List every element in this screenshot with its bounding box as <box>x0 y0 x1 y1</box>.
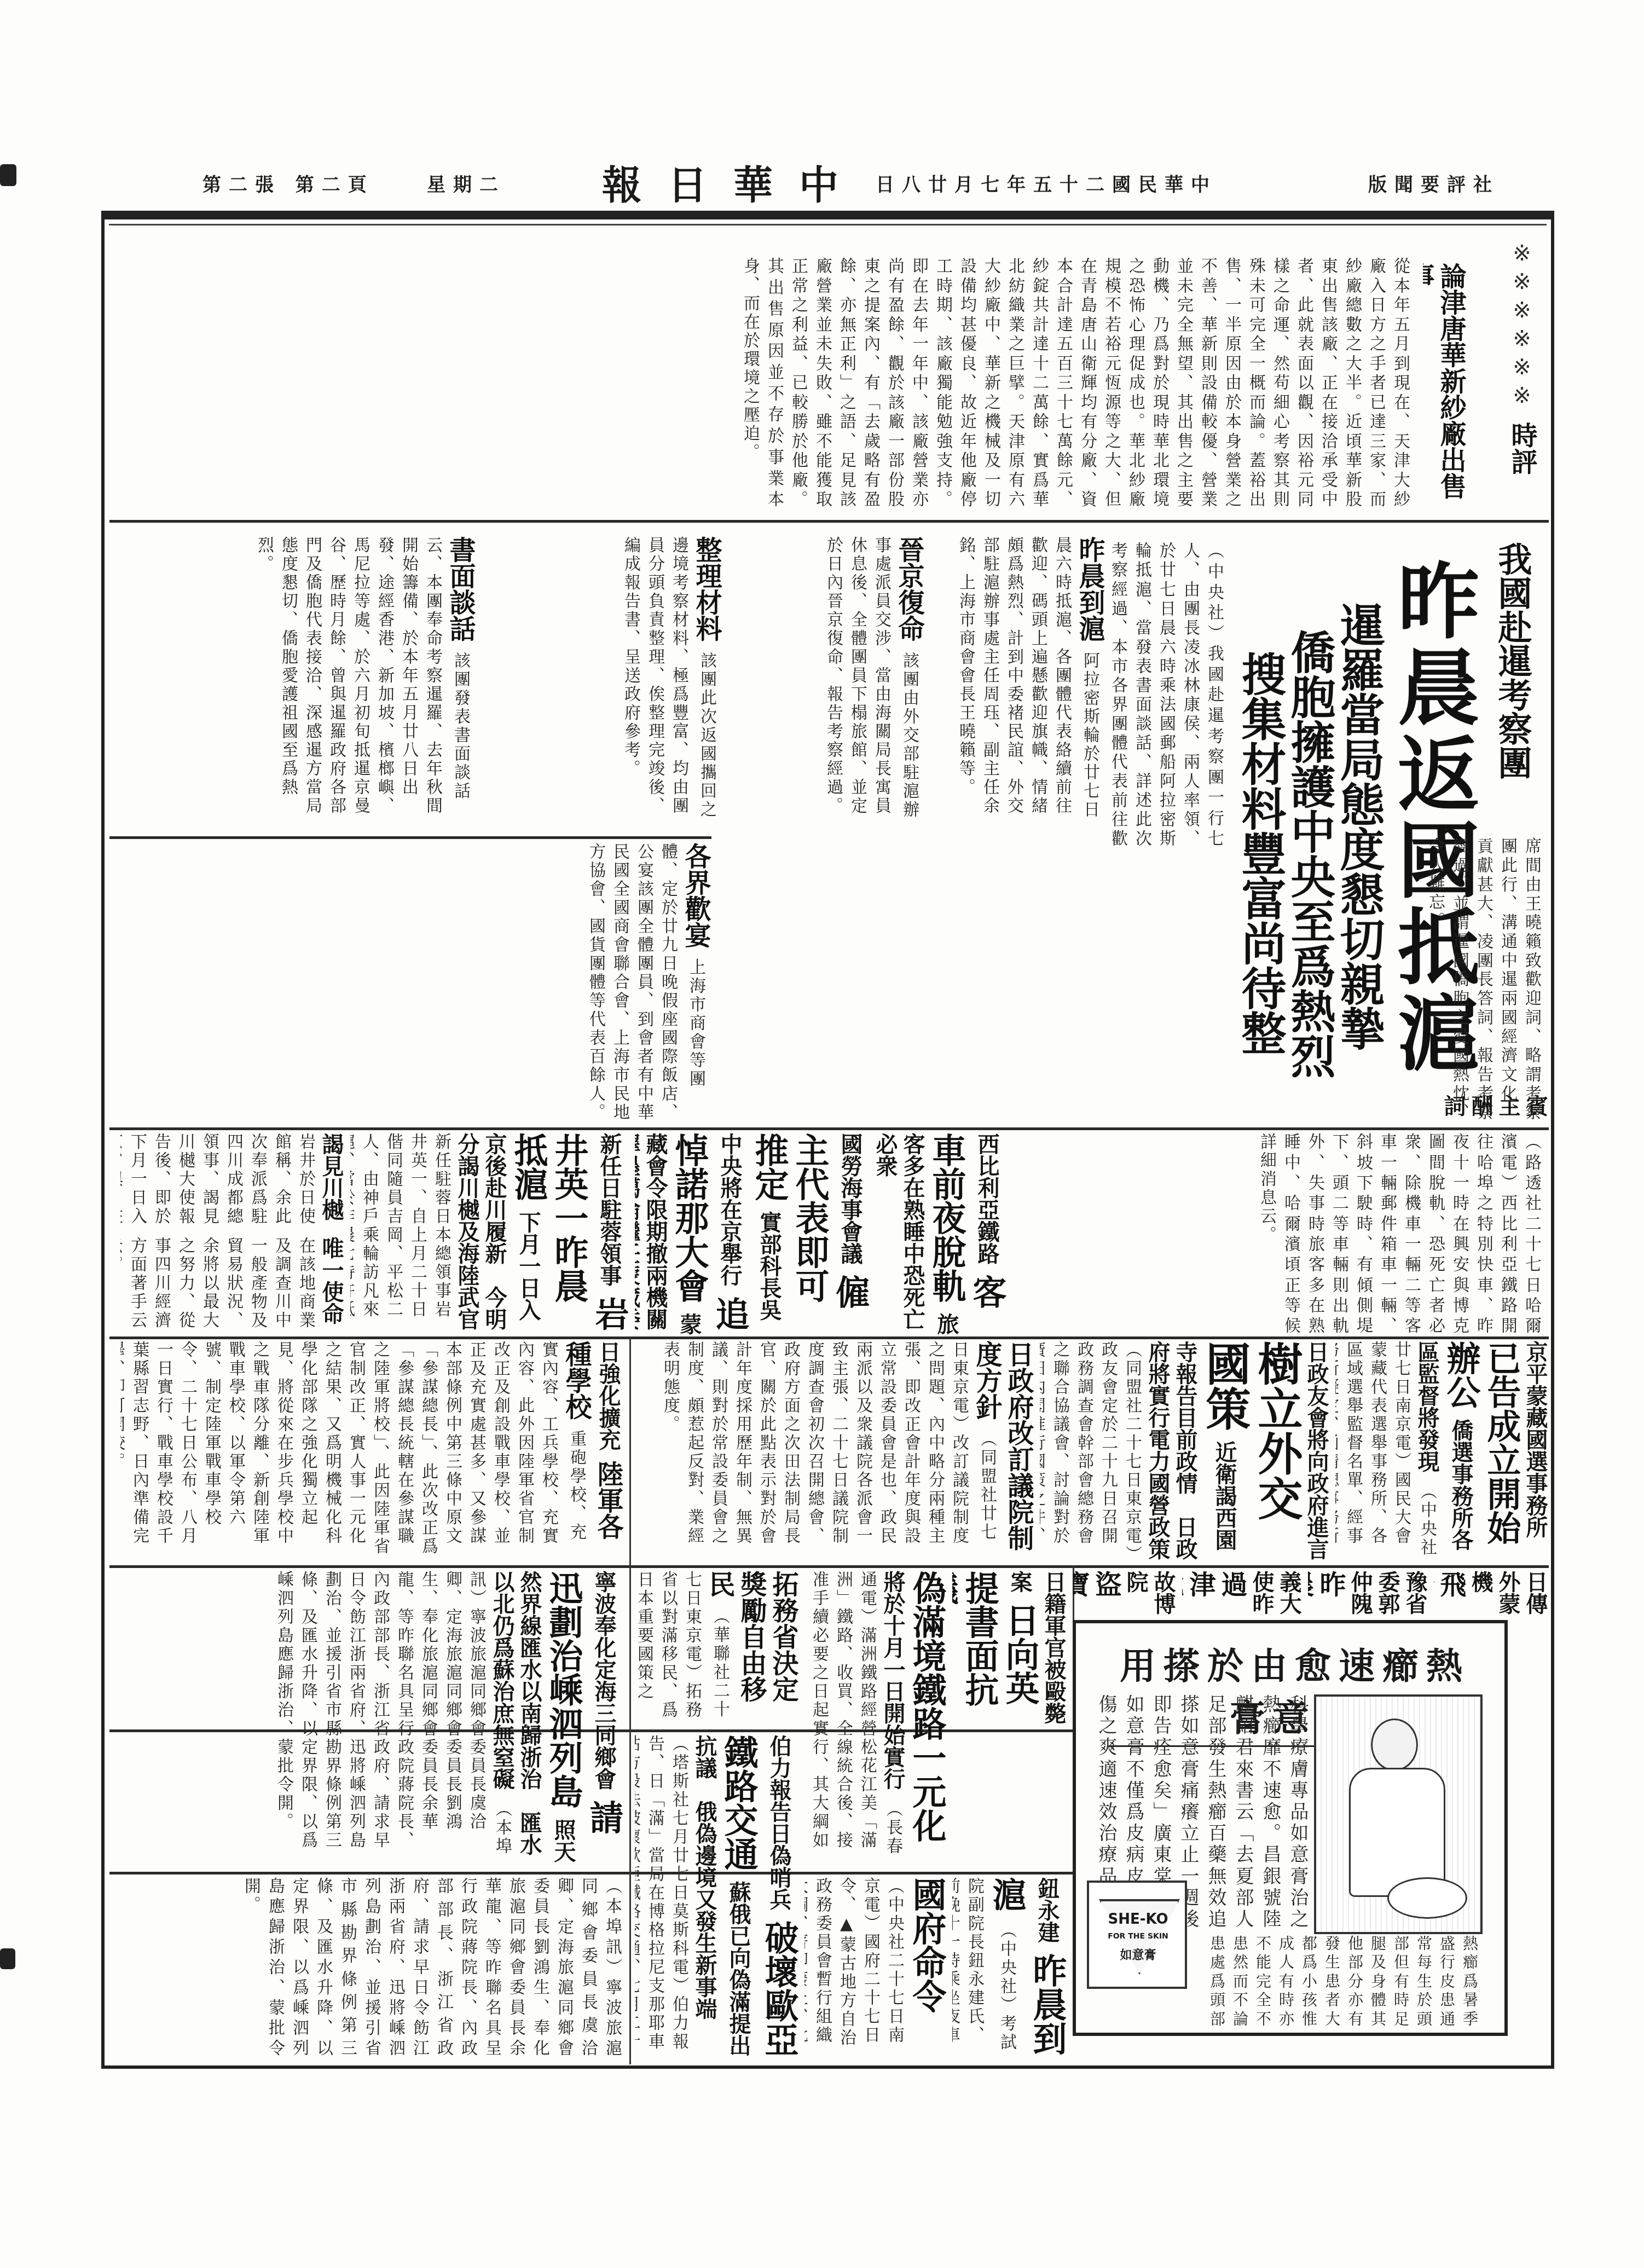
article-continued: （本埠訊）寧波旅滬同鄉會委員長虞洽卿、定海旅滬同鄉會委員長劉鴻生、奉化旅滬同鄉會… <box>120 1877 624 2058</box>
section-body: 該團發表書面談話云、本團奉命考察暹羅、去年秋間開始籌備、於本年五月廿八日出發、途… <box>254 536 470 815</box>
section-divider <box>109 1127 1549 1130</box>
article-body: （同盟社二十七日東京電）政友會定於二十九日召開政務調查會幹部會總務會之聯合協議會… <box>1040 1341 1142 1556</box>
article-kicker: 鈕永建 <box>1034 1877 1060 1943</box>
article-body: （塔斯社七月廿七日莫斯科電）伯力報告、日「滿」當局在博格拉尼支那耶車站方設法破壞… <box>635 1735 688 2051</box>
article-interview: 謁見川樾 岩井於日使館稱、余此次奉派爲駐四川成都總領事、謁見川樾大使報告後、即於… <box>120 1133 345 1231</box>
newspaper-page: 第二張 第二頁 星期二 中華日報 中華民國二十五年七月廿八日 社評要聞版 ※※※… <box>0 0 1644 2268</box>
article-kicker: 日傳外蒙機 <box>1468 1571 1548 1615</box>
main-story-section: 整理材料 該團此次返國攜回之邊境考察材料、極爲豐富、均由團員分頭負責整理、俟整理… <box>482 536 722 832</box>
binding-mark <box>0 164 16 186</box>
article-headline: 盜寶鉅案 <box>1073 1571 1121 1597</box>
section-heading: 晉京復命 <box>894 536 924 641</box>
article-shengsi-islands: 寧波奉化定海三同鄉會 請迅劃治嵊泗列島 照天然界線匯水以南歸浙治 匯水以北仍爲蘇… <box>120 1571 624 1866</box>
ornament-border: ※※※※※※ <box>1509 241 1535 412</box>
issue-date: 中華民國二十五年七月廿八日 <box>876 170 1217 196</box>
article-headline: 昨晨宣誓 <box>1308 1571 1346 1597</box>
section-divider <box>109 1565 1549 1568</box>
article-kicker: 豫省委郭仲隗 <box>1347 1571 1427 1615</box>
column-divider <box>629 1336 631 2064</box>
section-heading: 昨晨到滬 <box>1074 536 1105 641</box>
man-figure-icon <box>1371 1719 1418 1771</box>
article-kicker: 寧波奉化定海三同鄉會 <box>591 1571 616 1790</box>
article-mongol-tibet-election: 京平蒙藏國選事務所 已告成立開始辦公 僑選事務所各區監督將發現 （中央社廿七日南… <box>1335 1341 1549 1560</box>
article-body: （中央社二十七日南京電）國府二十七日令、▲蒙古地方自治政務委員會暫行組織大綱、著… <box>804 1877 904 2047</box>
article-kicker: 偽滿境鐵路一元化 <box>907 1571 947 1842</box>
editorial-label: 時評 <box>1507 422 1537 475</box>
product-subtitle: FOR THE SKIN <box>1101 1932 1175 1941</box>
article-body: （同盟社廿七日東京電）改訂議院制度之問題、內中略分兩種主張、即改正會計年度與設立… <box>661 1341 997 1546</box>
article-headline: 飛降偽境 <box>1434 1571 1466 1597</box>
article-body: 在該地商業及調查川中一般產物及貿易狀況、余將以最大之努力、從事四川經濟方面著手云… <box>120 1237 315 1330</box>
article-memorial: 中央將在京舉行 追悼諾那大會 蒙藏會令限期撤兩機關 澤墨噶倫繼任蒙藏委員 <box>635 1133 750 1335</box>
article-body: 重砲學校、充實內容、工兵學校、充實內容、此外因陸軍省官制改正及創設戰車學校、並正… <box>120 1341 586 1556</box>
product-brand: SHE-KO <box>1101 1911 1175 1928</box>
article-kicker: 故博院 <box>1123 1571 1176 1615</box>
article-italian-ambassador: 義大使昨 過津北上 <box>1182 1571 1303 1617</box>
article-henan-oath: 豫省委郭仲隗 昨晨宣誓 <box>1308 1571 1428 1617</box>
editorial-body: 從本年五月到現在、天津大紗廠入日方之手者已達三家、而紗廠總數之大半。近頃華新股東… <box>120 257 1412 509</box>
section-divider <box>109 1336 1549 1339</box>
article-kicker: 伯力報告日偽哨兵 <box>766 1735 791 1910</box>
article-kicker: 義大使昨 <box>1249 1571 1301 1615</box>
ad-illustration <box>1314 1694 1483 1934</box>
article-army-schools: 日強化擴充 陸軍各種學校 重砲學校、充實內容、工兵學校、充實內容、此外因陸軍省官… <box>120 1341 624 1560</box>
article-siberian-railway: 西比利亞鐵路 客車前夜脫軌 旅客多在熟睡中恐死亡必衆 <box>876 1133 1007 1335</box>
main-story-section: 書面談話 該團發表書面談話云、本團奉命考察暹羅、去年秋間開始籌備、於本年五月廿八… <box>120 536 476 832</box>
section-label: 社評要聞版 <box>1368 170 1500 196</box>
article-kicker: 西比利亞鐵路 <box>974 1133 999 1264</box>
article-iwai-eiichi: 新任日駐蓉領事 岩井英一昨晨抵滬 下月一日入京後赴川履新 今明分謁川樾及海陸武官… <box>350 1133 629 1335</box>
article-body: （本埠訊）寧波旅滬同鄉會委員長虞洽卿、定海旅滬同鄉會委員長劉鴻生、奉化旅滬同鄉會… <box>274 1571 512 1856</box>
section-divider <box>109 520 1549 523</box>
article-headline: 過津北上 <box>1182 1571 1247 1597</box>
article-mission: 唯一使命 在該地商業及調查川中一般產物及貿易狀況、余將以最大之努力、從事四川經濟… <box>120 1237 345 1335</box>
product-box: SHE-KO FOR THE SKIN 如意膏 <box>1087 1881 1187 1989</box>
article-body: 新任駐蓉日本總領事岩井英一、自上月二十日偕同隨員吉岡、平松二人、由神戶乘輪訪凡來… <box>350 1133 451 1319</box>
article-eurasia-railway: 伯力報告日偽哨兵 破壞歐亞鐵路交通 蘇俄已向偽滿提出抗議 俄偽邊境又發生新事端 … <box>635 1735 799 2063</box>
main-story-section: 晉京復命 該團由外交部駐滬辦事處派員交涉、當由海關局長寓員休息後、全體團員下榻旅… <box>728 536 925 832</box>
fan-icon <box>1387 1877 1467 1919</box>
section-heading: 書面談話 <box>445 536 476 641</box>
advertisement-she-ko: 熱癤速愈由於搽用如意膏 科學療膚專品如意膏治之熱癤靡不速愈。昌銀號陸麒紹君來書云… <box>1073 1620 1508 2036</box>
article-kicker: 新任日駐蓉領事 <box>597 1133 622 1286</box>
section-heading: 整理材料 <box>691 536 722 641</box>
article-kicker: 京平蒙藏國選事務所 <box>1523 1341 1548 1538</box>
article-body: 岩井於日使館稱、余此次奉派爲駐四川成都總領事、謁見川樾大使報告後、即於下月一日入… <box>120 1133 315 1226</box>
article-niu-yongjian: 鈕永建 昨晨到滬 （中央社）考試院副院長鈕永建氏、前晚十一時乘坐夜車離京來滬、昨… <box>952 1877 1067 2058</box>
weekday: 星期二 <box>427 170 506 196</box>
article-diet-reform: 日政府改訂議院制度方針 （同盟社廿七日東京電）改訂議院制度之問題、內中略分兩種主… <box>635 1341 1034 1560</box>
article-kicker: 國勞海事會議 <box>837 1133 862 1264</box>
article-kicker: 日強化擴充 <box>595 1341 621 1450</box>
article-outer-mongolia-plane: 日傳外蒙機 飛降偽境 <box>1434 1571 1549 1617</box>
article-emigration: 拓務省決定 獎勵自由移民 （華聯社二十七日東京電）拓務省以對滿移民、爲日本重要國… <box>635 1571 799 1724</box>
section-divider <box>109 836 711 839</box>
editorial-label-column: ※※※※※※ 時評 <box>1478 241 1538 514</box>
ad-side-text: 熱癤爲暑季盛行皮患通常每生於頭部但有時足腿及身體其他部分亦有發生患者大都爲小孩惟… <box>1202 1935 1481 2028</box>
main-story-kicker: 我國赴暹考察團 <box>1483 542 1532 805</box>
page-label: 第二張 第二頁 <box>202 170 374 196</box>
main-story-section: 各界歡宴 上海市商會等團體、定於廿九日晚假座國際飯店、公宴該團全體團員、到會者有… <box>120 843 711 1122</box>
article-kicker: 日政友會將向政府進言 <box>1304 1341 1329 1560</box>
product-chinese-name: 如意膏 <box>1101 1946 1175 1963</box>
article-kicker: 拓務省決定 <box>768 1571 798 1702</box>
main-story-lede: （中央社）我國赴暹考察團一行七人、由團長凌冰林康侯、兩人率領、於廿七日晨六時乘法… <box>1111 542 1226 848</box>
section-heading: 各界歡宴 <box>680 843 711 948</box>
section-divider <box>109 1872 1095 1874</box>
article-foreign-policy: 日政友會將向政府進言 樹立外交國策 近衛謁西園寺報告目前政情 日政府將實行電力國… <box>1040 1341 1330 1560</box>
article-manchukuo-railway: 偽滿境鐵路一元化 將於十月一日開始實行 （長春通電）滿洲鐵路經營松花江美「滿洲」… <box>804 1571 947 1866</box>
newspaper-title: 中華日報 <box>602 153 865 210</box>
binding-mark <box>0 1948 15 1969</box>
article-palace-museum: 故博院 盜寶鉅案 <box>1073 1571 1177 1617</box>
article-headline: 將於十月一日開始實行 <box>880 1571 905 1790</box>
masthead: 第二張 第二頁 星期二 中華日報 中華民國二十五年七月廿八日 社評要聞版 <box>142 164 1576 208</box>
article-headline: 唯一使命 <box>319 1237 344 1324</box>
article-headline: 國府命令 <box>907 1877 947 2013</box>
article-japan-britain-protest: 日籍軍官被毆斃案 日向英提書面抗議 （同盟社二十七日北平電）英兵毆斃日人事件、爲… <box>952 1571 1067 1724</box>
article-body-siberian: （路透社二十七日哈爾濱電）西比利亞鐵路開往哈埠之特別快車、昨夜十一時在興安與博克… <box>1018 1133 1543 1335</box>
article-labor-conference: 國勞海事會議 僱主代表即可推定 實部科長吳聞天來滬接洽 <box>755 1133 870 1335</box>
editorial-title: 論津唐華新紗廠出售事 <box>1423 263 1467 514</box>
article-national-decree: 國府命令 （中央社二十七日南京電）國府二十七日令、▲蒙古地方自治政務委員會暫行組… <box>804 1877 947 2058</box>
main-story-section: 昨晨到滬 阿拉密斯輪於廿七日晨六時抵滬、各團體代表絡續前往歡迎、碼頭上遍懸歡迎旗… <box>930 536 1105 832</box>
article-headline: 謁見川樾 <box>319 1133 344 1220</box>
article-kicker: 中央將在京舉行 <box>717 1133 742 1286</box>
main-story-continued: 席間由王曉籟致歡迎詞、略謂考察團此行、溝通中暹兩國經濟文化、貢獻甚大、凌團長答詞… <box>930 837 1543 1122</box>
